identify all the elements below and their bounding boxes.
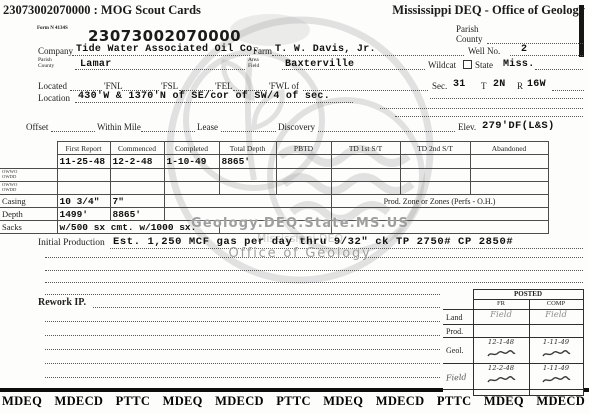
completed-date: 1-10-49 bbox=[164, 155, 219, 169]
state-value: Miss. bbox=[503, 59, 535, 70]
signature-icon bbox=[475, 345, 528, 363]
well-no-label: Well No. bbox=[468, 46, 500, 56]
fnl-label: 'FNL bbox=[104, 81, 123, 91]
table-cell bbox=[331, 155, 400, 169]
depth-row-label: Depth bbox=[0, 208, 57, 221]
table-cell bbox=[164, 182, 219, 195]
column-header: Total Depth bbox=[219, 142, 276, 155]
total-depth-value: 8865' bbox=[219, 155, 276, 169]
table-cell bbox=[219, 169, 276, 182]
within-mile-label: Within Mile bbox=[97, 122, 141, 132]
scan-artifact bbox=[579, 5, 584, 57]
posted-field-comp: 1-11-49 bbox=[529, 364, 583, 390]
fwl-label: 'FWL of bbox=[269, 81, 299, 91]
dotted-line bbox=[282, 68, 425, 70]
table-cell bbox=[57, 169, 110, 182]
dotted-line bbox=[141, 130, 195, 132]
posted-col-comp: COMP bbox=[529, 300, 583, 310]
table-cell bbox=[470, 182, 548, 195]
casing-depth-1: 1499' bbox=[57, 208, 110, 221]
signature-icon bbox=[531, 371, 582, 389]
dotted-line bbox=[45, 293, 440, 295]
posted-land-fr: Field bbox=[473, 310, 529, 325]
elevation-value: 279'DF(L&S) bbox=[482, 120, 555, 132]
dotted-line bbox=[51, 130, 95, 132]
casing-size-2: 7" bbox=[110, 195, 164, 208]
dotted-line bbox=[45, 362, 440, 364]
owwo-row-label: OWWO OWDD bbox=[0, 169, 57, 182]
column-header: Commenced bbox=[110, 142, 164, 155]
company-label: Company bbox=[38, 46, 73, 56]
table-cell bbox=[110, 182, 164, 195]
state-label: State bbox=[475, 60, 493, 70]
table-cell bbox=[470, 169, 548, 182]
elevation-label: Elev. bbox=[458, 122, 476, 132]
column-header: PBTD bbox=[276, 142, 331, 155]
dotted-line bbox=[75, 68, 245, 70]
located-label: Located bbox=[38, 81, 67, 91]
table-cell bbox=[164, 195, 331, 208]
township-label: T bbox=[481, 81, 487, 91]
footer-strip-text: MDEQ MDECD PTTC MDEQ MDECD PTTC MDEQ MDE… bbox=[2, 394, 589, 409]
range-value: 16W bbox=[527, 79, 546, 90]
posted-title: POSTED bbox=[473, 290, 583, 300]
wildcat-label: Wildcat bbox=[428, 60, 456, 70]
api-number: 23073002070000 bbox=[88, 27, 241, 45]
table-cell bbox=[331, 182, 400, 195]
posted-col-fr: FR bbox=[473, 300, 529, 310]
column-header: Completed bbox=[164, 142, 219, 155]
table-cell bbox=[400, 182, 470, 195]
offset-label: Offset bbox=[26, 122, 48, 132]
page-title: 23073002070000 : MOG Scout Cards bbox=[3, 3, 201, 18]
posted-geol-fr: 12-1-48 bbox=[473, 338, 529, 364]
table-cell bbox=[0, 155, 57, 169]
location-label: Location bbox=[38, 93, 70, 103]
first-report-date: 11-25-48 bbox=[57, 155, 110, 169]
dotted-line bbox=[45, 281, 583, 283]
posted-row-label: Land bbox=[443, 310, 473, 325]
dotted-line bbox=[221, 130, 276, 132]
owwo-row-label: OWWO OWDD bbox=[0, 182, 57, 195]
posted-geol-comp: 1-11-49 bbox=[529, 338, 583, 364]
table-cell bbox=[164, 169, 219, 182]
posted-prod-comp bbox=[529, 325, 583, 338]
posted-filler-cell bbox=[473, 390, 529, 396]
dotted-line bbox=[395, 115, 583, 117]
dotted-line bbox=[45, 376, 440, 378]
dotted-line bbox=[510, 54, 583, 56]
dotted-line bbox=[272, 54, 464, 56]
wildcat-checkbox bbox=[463, 60, 472, 69]
parish-label-top: Parish bbox=[456, 24, 479, 34]
dotted-line bbox=[45, 348, 440, 350]
commenced-date: 12-2-48 bbox=[110, 155, 164, 169]
table-cell bbox=[276, 155, 331, 169]
dotted-line bbox=[535, 68, 583, 70]
watermark-text: Geology.DEQ.State.MS.US bbox=[180, 216, 420, 231]
section-label: Sec. bbox=[432, 81, 447, 91]
table-cell bbox=[57, 182, 110, 195]
county-label-top: County bbox=[456, 34, 483, 44]
township-value: 2N bbox=[493, 79, 506, 90]
posted-prod-fr bbox=[473, 325, 529, 338]
posted-table: POSTED FR COMP Land Field Field Prod. Ge… bbox=[443, 289, 584, 396]
column-header: Abandoned bbox=[470, 142, 548, 155]
signature-icon bbox=[531, 345, 582, 363]
table-cell bbox=[110, 169, 164, 182]
dotted-line bbox=[380, 107, 583, 109]
dotted-line bbox=[93, 306, 440, 308]
table-cell bbox=[276, 169, 331, 182]
posted-land-comp: Field bbox=[529, 310, 583, 325]
table-cell bbox=[276, 182, 331, 195]
posted-row-label: Prod. bbox=[443, 325, 473, 338]
signature-icon bbox=[475, 371, 528, 389]
dotted-line bbox=[552, 89, 584, 91]
column-header: TD 1st S/T bbox=[331, 142, 400, 155]
farm-label: Farm bbox=[253, 46, 272, 56]
table-cell bbox=[400, 155, 470, 169]
field-label: Field bbox=[248, 64, 259, 70]
discovery-label: Discovery bbox=[278, 122, 315, 132]
dotted-line bbox=[45, 334, 440, 336]
casing-depth-2: 8865' bbox=[110, 208, 164, 221]
lease-label: Lease bbox=[197, 122, 218, 132]
posted-row-label: Geol. bbox=[443, 338, 473, 364]
dotted-line bbox=[72, 54, 250, 56]
dotted-line bbox=[75, 101, 353, 103]
posted-filler-cell bbox=[529, 390, 583, 396]
dotted-line bbox=[430, 97, 583, 99]
watermark-text: Office of Geology bbox=[205, 246, 395, 261]
county-label: County bbox=[38, 64, 54, 70]
form-number: Form N 4134S bbox=[37, 26, 68, 31]
posted-row-label: Field bbox=[442, 363, 473, 391]
agency-title: Mississippi DEQ - Office of Geology bbox=[392, 3, 585, 18]
posted-spacer bbox=[443, 290, 473, 300]
range-label: R bbox=[517, 81, 523, 91]
dotted-line bbox=[45, 320, 440, 322]
posted-field-fr: 12-2-48 bbox=[473, 364, 529, 390]
column-header: First Report bbox=[57, 142, 110, 155]
fel-label: 'FEL bbox=[215, 81, 233, 91]
table-cell bbox=[470, 155, 548, 169]
fsl-label: 'FSL bbox=[161, 81, 178, 91]
dotted-line bbox=[45, 269, 583, 271]
prod-zone-header: Prod. Zone or Zones (Perfs - O.H.) bbox=[331, 195, 548, 208]
rework-ip-label: Rework IP. bbox=[38, 297, 86, 308]
initial-production-label: Initial Production bbox=[38, 238, 105, 248]
table-cell bbox=[331, 169, 400, 182]
table-cell bbox=[219, 182, 276, 195]
casing-size-1: 10 3/4" bbox=[57, 195, 110, 208]
table-cell bbox=[400, 169, 470, 182]
dotted-line bbox=[487, 42, 583, 44]
sacks-row-label: Sacks bbox=[0, 221, 57, 234]
dotted-line bbox=[318, 130, 455, 132]
posted-spacer bbox=[443, 300, 473, 310]
table-corner-cell bbox=[0, 142, 57, 155]
section-value: 31 bbox=[453, 79, 466, 90]
scout-card-document: 23073002070000 : MOG Scout Cards Mississ… bbox=[0, 0, 589, 414]
casing-row-label: Casing bbox=[0, 195, 57, 208]
column-header: TD 2nd S/T bbox=[400, 142, 470, 155]
